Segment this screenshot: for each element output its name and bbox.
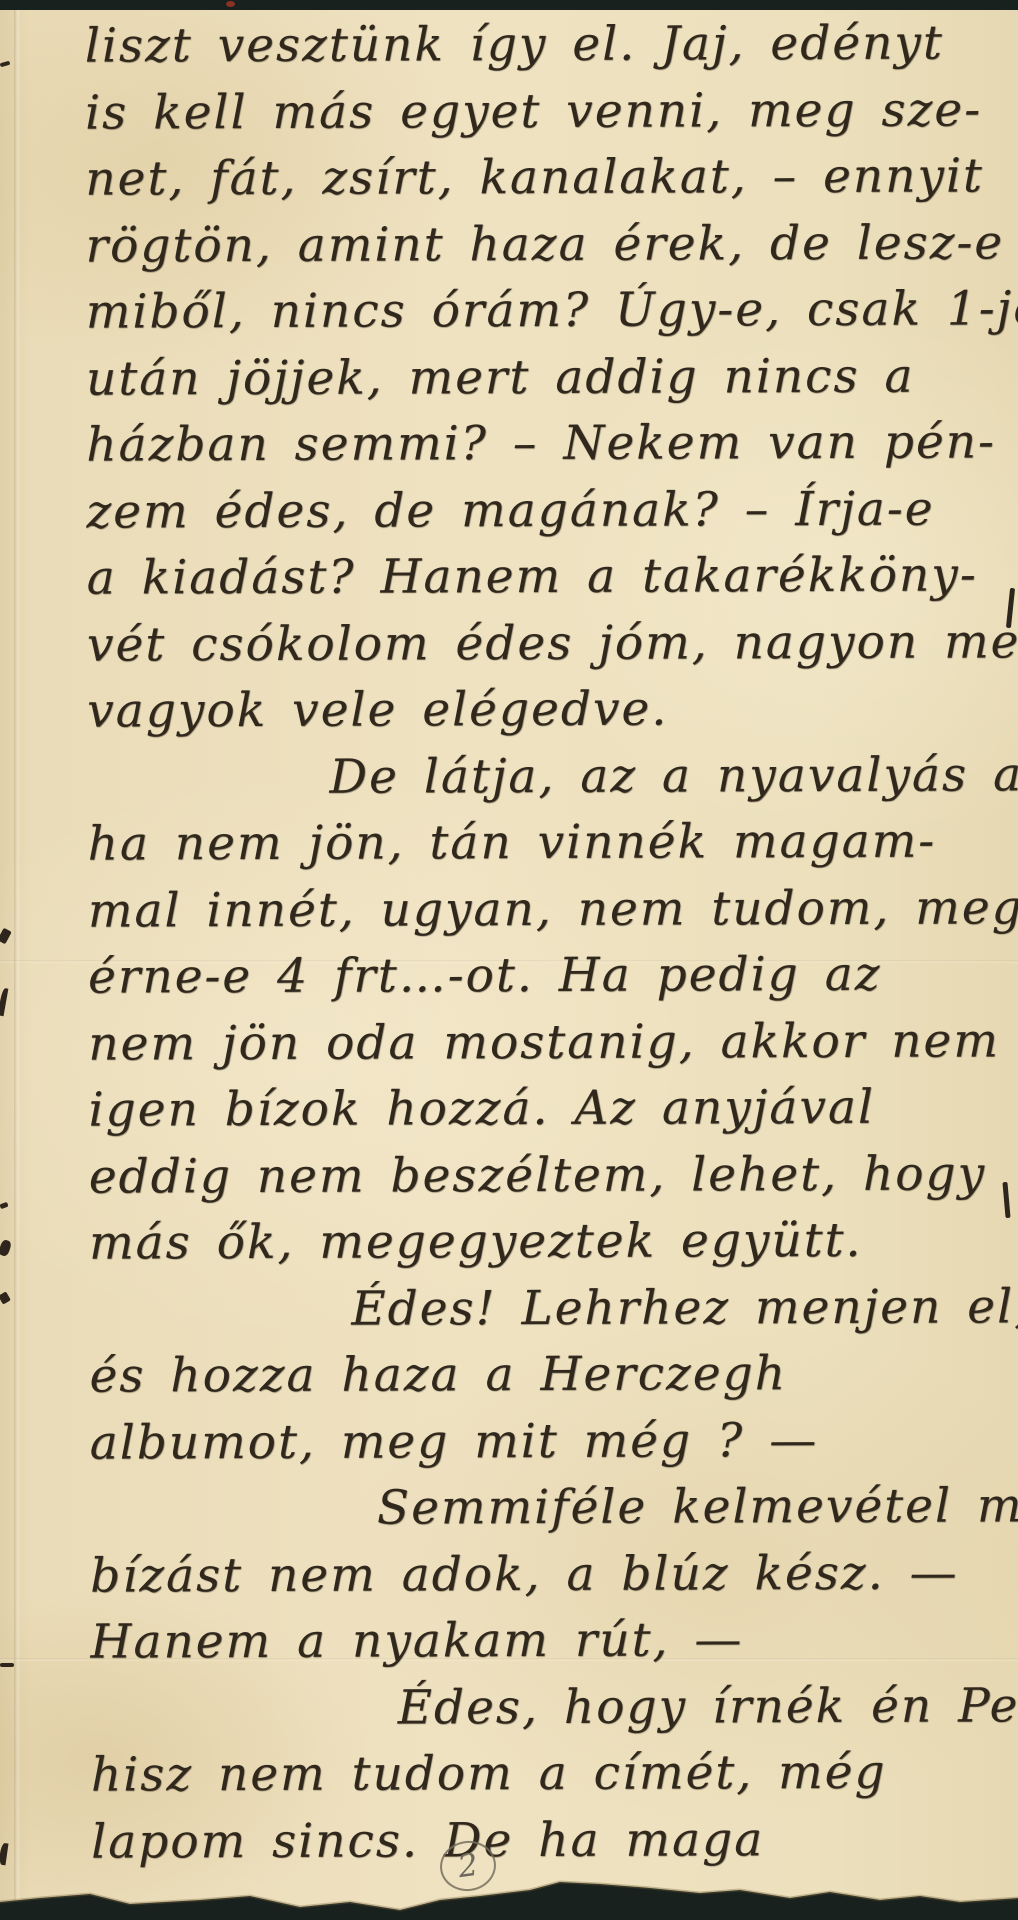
letter-line: ha nem jön, tán vinnék magam- xyxy=(88,808,1003,878)
letter-line: és hozza haza a Herczegh xyxy=(89,1340,1004,1410)
letter-line: albumot, meg mit még ? — xyxy=(90,1407,1005,1477)
letter-line: mal innét, ugyan, nem tudom, meg- xyxy=(88,875,1003,945)
letter-line: is kell más egyet venni, meg sze- xyxy=(85,77,1000,147)
letter-line: más ők, megegyeztek együtt. xyxy=(89,1207,1004,1277)
letter-line: Édes! Lehrhez menjen el, xyxy=(89,1274,1004,1344)
letter-line: rögtön, amint haza érek, de lesz-e xyxy=(85,210,1000,280)
scanned-letter-page: liszt vesztünk így el. Jaj, edényt is ke… xyxy=(0,0,1018,1920)
letter-line: a kiadást? Hanem a takarékköny- xyxy=(87,542,1002,612)
letter-line: vét csókolom édes jóm, nagyon meg xyxy=(87,609,1002,679)
letter-line: net, fát, zsírt, kanalakat, – ennyit xyxy=(85,143,1000,213)
letter-line: bízást nem adok, a blúz kész. — xyxy=(90,1540,1005,1610)
letter-line: nem jön oda mostanig, akkor nem xyxy=(88,1008,1003,1078)
letter-line: Édes, hogy írnék én Petinek xyxy=(91,1673,1006,1743)
red-speck xyxy=(226,1,235,7)
letter-line: igen bízok hozzá. Az anyjával xyxy=(88,1074,1003,1144)
letter-line: liszt vesztünk így el. Jaj, edényt xyxy=(85,10,1000,80)
letter-line: házban semmi? – Nekem van pén- xyxy=(86,409,1001,479)
scan-background-top xyxy=(0,0,1018,10)
letter-line: zem édes, de magának? – Írja-e xyxy=(86,476,1001,546)
letter-line: Semmiféle kelmevétel meg- xyxy=(90,1473,1005,1543)
letter-line: érne-e 4 frt…-ot. Ha pedig az xyxy=(88,941,1003,1011)
letter-line: De látja, az a nyavalyás asztma xyxy=(87,742,1002,812)
letter-line: hisz nem tudom a címét, még xyxy=(91,1739,1006,1809)
letter-line: eddig nem beszéltem, lehet, hogy xyxy=(89,1141,1004,1211)
ink-fragment xyxy=(0,1663,14,1667)
letter-line: miből, nincs órám? Úgy-e, csak 1-je xyxy=(86,276,1001,346)
letter-line: után jöjjek, mert addig nincs a xyxy=(86,343,1001,413)
letter-body: liszt vesztünk így el. Jaj, edényt is ke… xyxy=(85,10,1006,1875)
letter-line: vagyok vele elégedve. xyxy=(87,675,1002,745)
torn-edge xyxy=(0,1858,1018,1920)
letter-line: Hanem a nyakam rút, — xyxy=(90,1606,1005,1676)
